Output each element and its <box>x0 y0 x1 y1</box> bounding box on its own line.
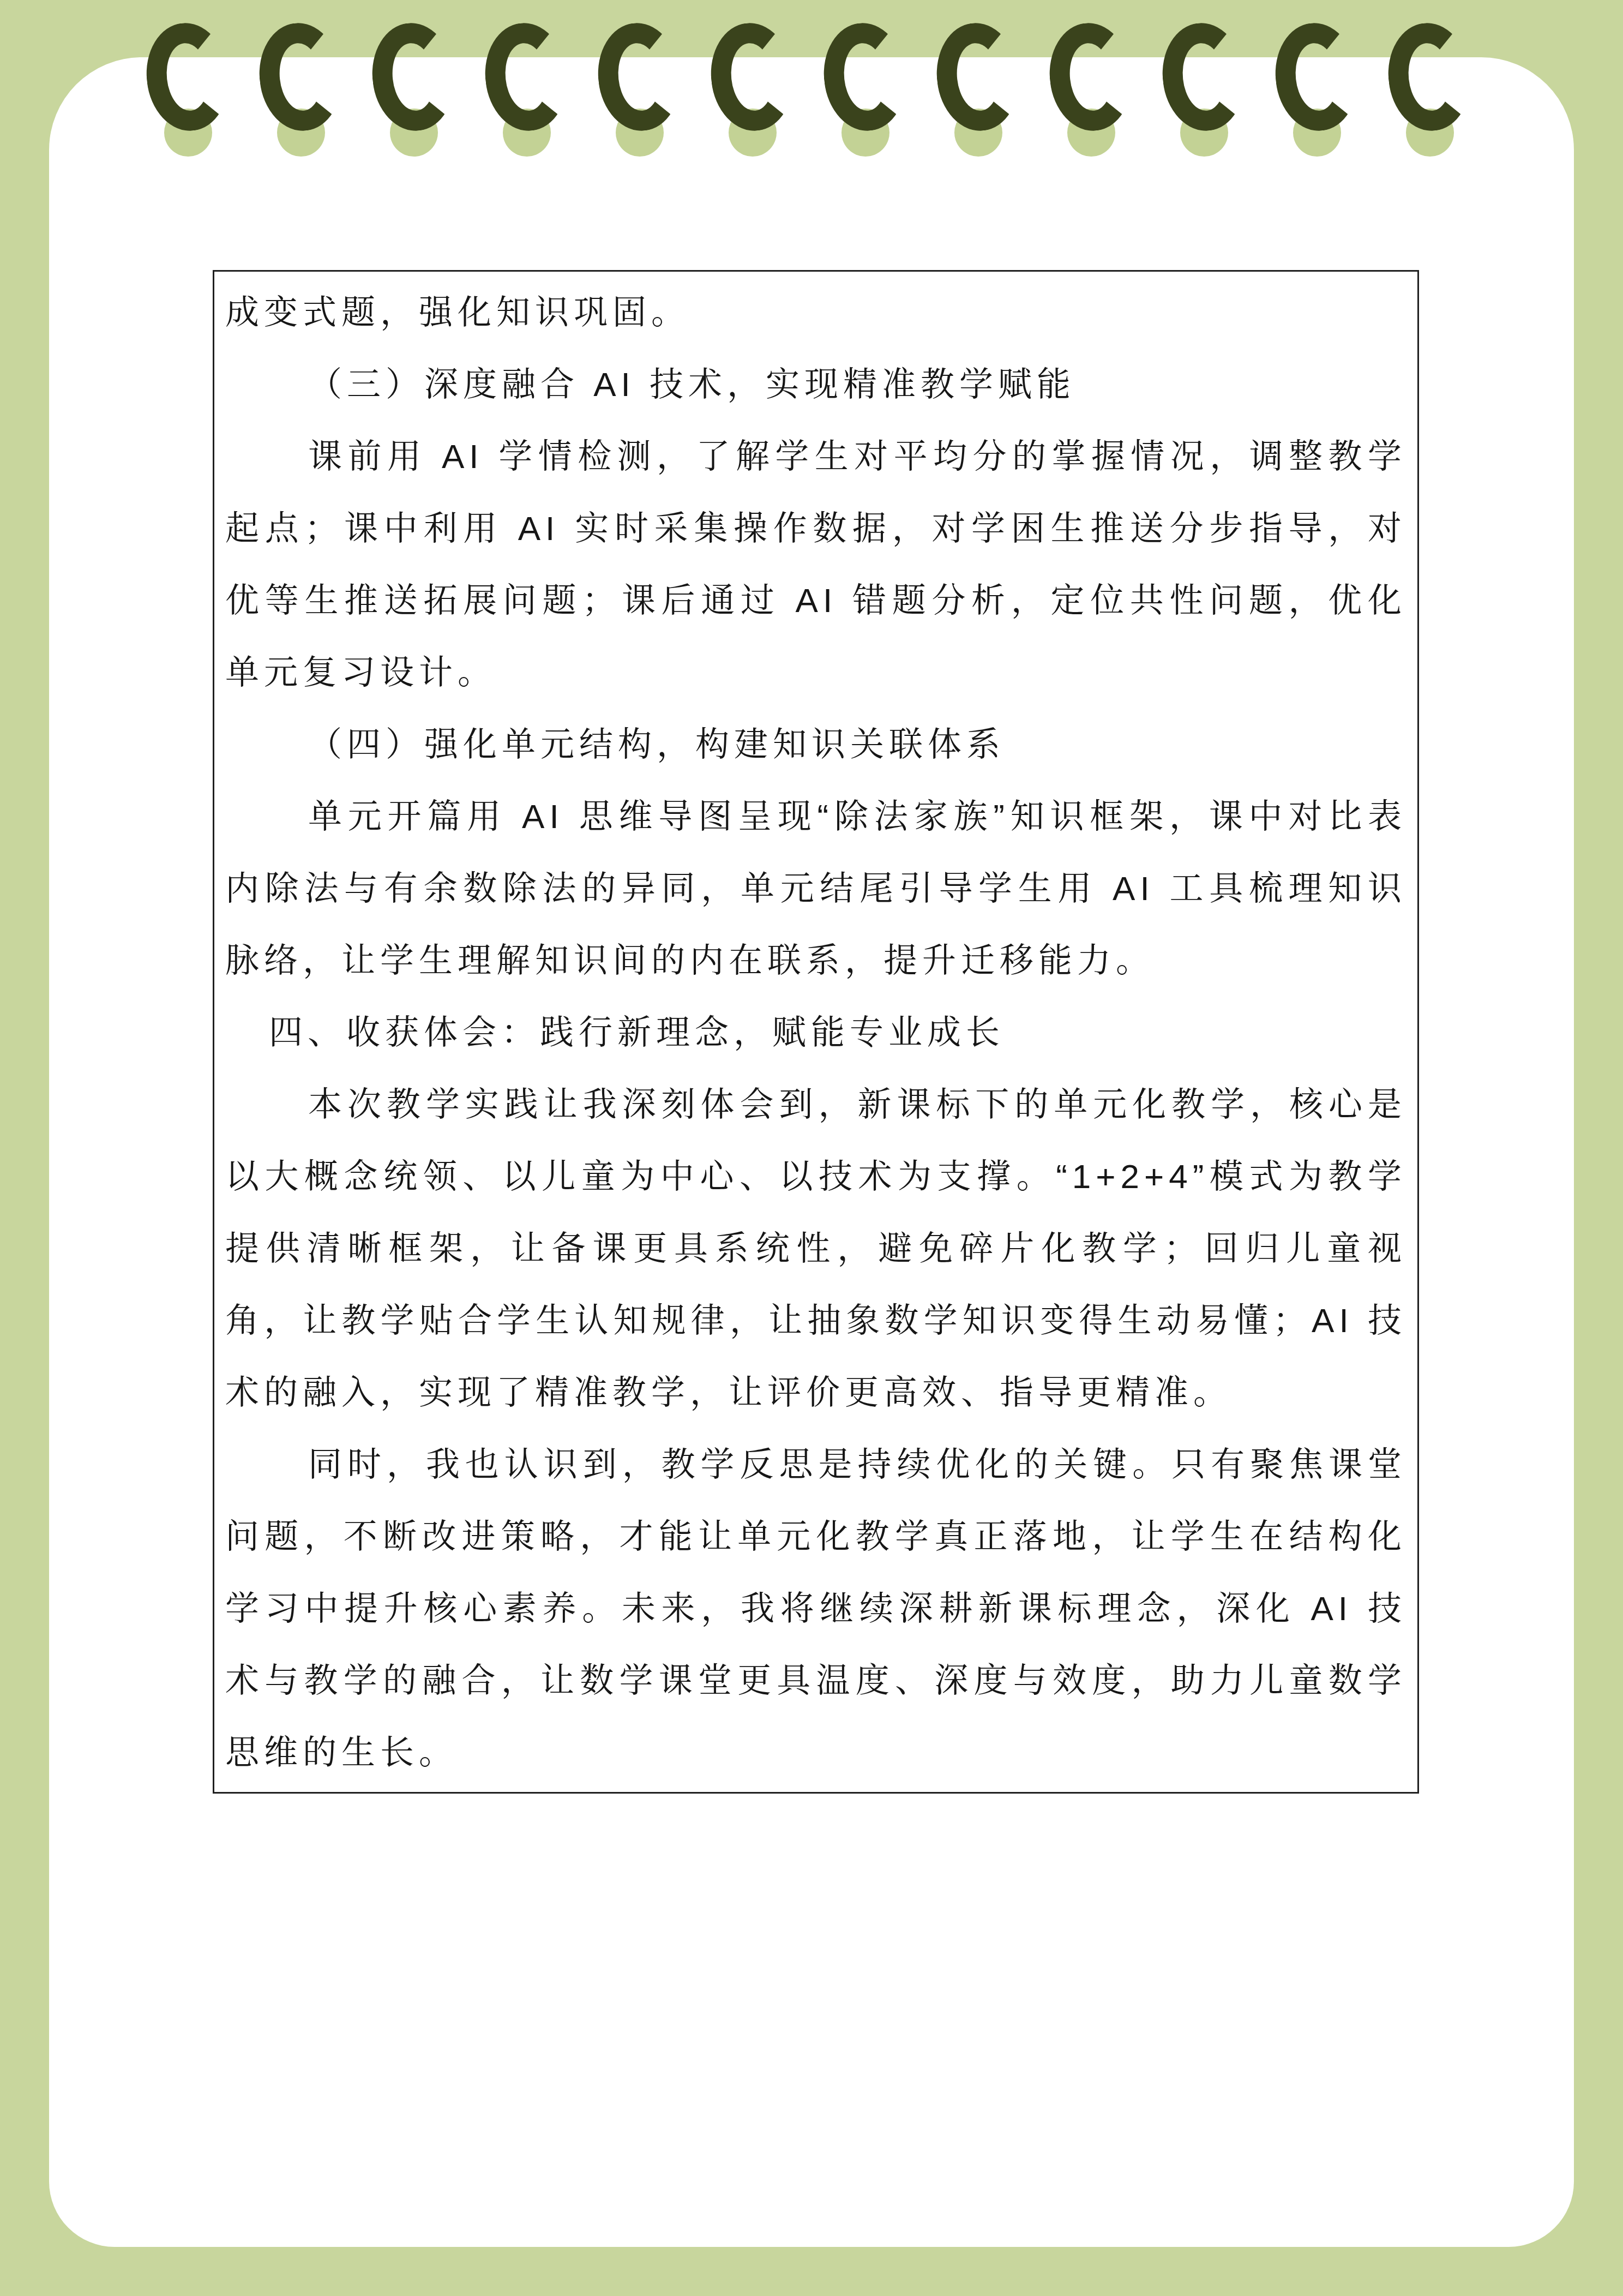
paragraph: 同时，我也认识到，教学反思是持续优化的关键。只有聚焦课堂问题，不断改进策略，才能… <box>225 1429 1406 1789</box>
paragraph: 单元开篇用 AI 思维导图呈现“除法家族”知识框架，课中对比表内除法与有余数除法… <box>225 781 1406 997</box>
paragraph: 本次教学实践让我深刻体会到，新课标下的单元化教学，核心是以大概念统领、以儿童为中… <box>225 1069 1406 1429</box>
notebook-page: 成变式题，强化知识巩固。 （三）深度融合 AI 技术，实现精准教学赋能 课前用 … <box>49 57 1574 2247</box>
section-heading: 四、收获体会：践行新理念，赋能专业成长 <box>225 997 1406 1069</box>
section-heading: （三）深度融合 AI 技术，实现精准教学赋能 <box>225 349 1406 421</box>
page-background: { "page": { "background_color": "#c8d69d… <box>0 0 1623 2296</box>
paragraph: 课前用 AI 学情检测，了解学生对平均分的掌握情况，调整教学起点；课中利用 AI… <box>225 421 1406 709</box>
content-border-box: 成变式题，强化知识巩固。 （三）深度融合 AI 技术，实现精准教学赋能 课前用 … <box>213 270 1419 1794</box>
paragraph: 成变式题，强化知识巩固。 <box>225 277 1406 349</box>
section-heading: （四）强化单元结构，构建知识关联体系 <box>225 709 1406 781</box>
